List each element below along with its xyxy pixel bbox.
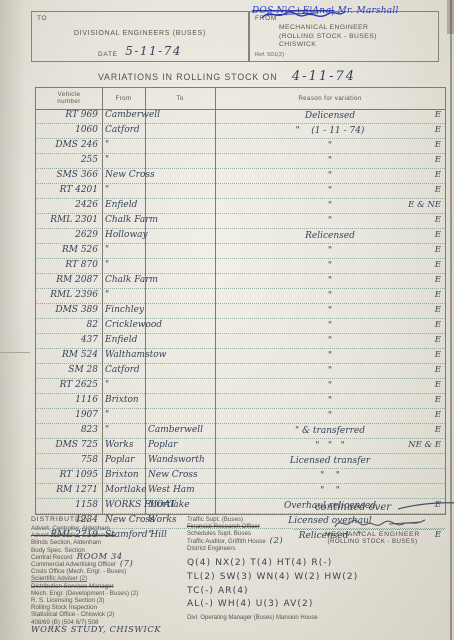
reason-text: " [328,186,332,196]
distribution-item-text: WORKS STUDY, CHISWICK [31,624,161,634]
distribution-item: Mech. Engr. (Development - Buses) (2) [31,590,185,597]
reason-cell: " E [215,304,445,318]
reason-text: " [328,306,332,316]
to-garage [145,214,215,228]
from-garage: Chalk Farm [102,214,145,228]
licence-flag: E [435,349,441,362]
table-row: 823 " Camberwell " & transferred E [36,424,445,439]
from-garage: " [102,139,145,153]
column-header-vehicle-line2: number [36,99,102,106]
from-garage: WORKS FLOAT [102,499,145,513]
vehicle-number: RM 524 [36,349,102,363]
distribution-item: Scientific Adviser (2) [31,575,185,582]
reason-cell: " " " NE & E [215,439,445,453]
reason-cell: Licensed transfer [215,454,445,468]
from-garage: Works [102,439,145,453]
to-garage [145,379,215,393]
from-garage: Brixton [102,394,145,408]
distribution-item: Rolling Stock Inspection [31,604,185,611]
handwritten-routing-note: DOS N|C+E|Ang|Mr. Marshall [252,0,454,18]
garage-code-line: AL(-) WH(4) U(3) AV(2) [187,598,362,612]
reason-text: Relicensed [305,231,355,241]
column-header-vehicle: Vehicle number [36,92,102,105]
table-row: 437 Enfield " E [36,334,445,349]
distribution-item-text: Statistical Office - Chiswick (2) [31,611,114,618]
reason-cell: " E [215,259,445,273]
vehicle-number: 2426 [36,199,102,213]
licence-flag: E [435,424,441,437]
date-line: DATE 5-11-74 [32,45,248,59]
distribution-item: Statistical Office - Chiswick (2) [31,611,185,618]
from-garage: Holloway [102,229,145,243]
distribution-item-text: Scientific Adviser (2) [31,575,87,582]
from-garage: " [102,424,145,438]
vehicle-number: 82 [36,319,102,333]
reason-cell: " E [215,274,445,288]
to-garage [145,334,215,348]
vehicle-number: DMS 246 [36,139,102,153]
to-garage [145,304,215,318]
to-garage [145,184,215,198]
reason-cell: Relicensed E [215,229,445,243]
vehicle-number: 823 [36,424,102,438]
vehicle-number: SMS 366 [36,169,102,183]
reason-cell: " E [215,349,445,363]
licence-flag: E [435,229,441,242]
from-garage: " [102,154,145,168]
table-row: 82 Cricklewood " E [36,319,445,334]
from-garage: " [102,409,145,423]
reason-cell: " E [215,409,445,423]
from-garage: New Cross [102,169,145,183]
table-row: RML 2301 Chalk Farm " E [36,214,445,229]
to-garage [145,244,215,258]
to-garage [145,124,215,138]
licence-flag: E [435,244,441,257]
licence-flag: E [435,109,441,122]
table-row: DMS 725 Works Poplar " " " NE & E [36,439,445,454]
to-garage [145,364,215,378]
table-row: DMS 389 Finchley " E [36,304,445,319]
vehicle-number: RML 2719 [36,529,102,543]
vehicle-number: RT 969 [36,109,102,123]
from-garage: " [102,259,145,273]
vehicle-number: RT 2625 [36,379,102,393]
signature-scribble-icon [331,514,427,532]
reason-cell: " E [215,334,445,348]
reason-cell: " (1 - 11 - 74) E [215,124,445,138]
licence-flag: E [435,304,441,317]
vehicle-number: 1907 [36,409,102,423]
licence-flag: E [435,259,441,272]
vehicle-number: 437 [36,334,102,348]
vehicle-number: RT 1095 [36,469,102,483]
table-row: 2426 Enfield " E & NE [36,199,445,214]
reason-cell: " E [215,184,445,198]
reason-text: " (1 - 11 - 74) [296,126,365,136]
licence-flag: E [435,334,441,347]
table-row: RT 1095 Brixton New Cross " " [36,469,445,484]
reason-cell: " E [215,394,445,408]
arrow-swoosh-icon [397,500,454,512]
reason-cell: " E [215,319,445,333]
vehicle-number: 1234 [36,514,102,528]
reason-text: " [328,156,332,166]
licence-flag: E [435,214,441,227]
document-title: VARIATIONS IN ROLLING STOCK ON 4-11-74 [0,67,454,85]
date-value-handwritten: 5-11-74 [125,44,182,58]
to-garage: Wandsworth [145,454,215,468]
reason-text: " [328,261,332,271]
from-garage: " [102,184,145,198]
to-garage: Poplar [145,439,215,453]
scan-scratch-mark [0,352,30,353]
reason-text: " " [320,471,340,481]
to-garage [145,274,215,288]
reason-text: Licensed transfer [290,456,370,466]
vehicle-number: RM 1271 [36,484,102,498]
table-row: RT 870 " " E [36,259,445,274]
to-garage [145,409,215,423]
garage-code-line: TC(-) AR(4) [187,585,362,599]
continued-over-note: continued over [315,497,454,515]
scan-edge-artifact [450,0,452,640]
reason-text: " " [320,486,340,496]
from-garage: " [102,244,145,258]
vehicle-number: 758 [36,454,102,468]
vehicle-number: DMS 725 [36,439,102,453]
to-garage [145,394,215,408]
vehicle-number: 1116 [36,394,102,408]
scanned-document: TO DIVISIONAL ENGINEERS (BUSES) DATE 5-1… [0,0,454,640]
table-row: SM 28 Catford " E [36,364,445,379]
vehicle-number: DMS 389 [36,304,102,318]
to-garage [145,169,215,183]
vehicle-number: RM 2087 [36,274,102,288]
reason-text: " [328,291,332,301]
garage-code-line: TL(2) SW(3) WN(4) W(2) HW(2) [187,571,362,585]
from-garage: " [102,379,145,393]
blue-scribble-icon [260,7,346,23]
licence-flag: E [435,184,441,197]
divl-operating-manager-line: Divl. Operating Manager (Buses) Mansion … [187,615,362,621]
distribution-item-text: Distribution Services Manager [31,583,114,590]
licence-flag: E [435,379,441,392]
column-header-to: To [145,95,215,102]
to-garage [145,154,215,168]
garage-code-line: Q(4) NX(2) T(4) HT(4) R(-) [187,557,362,571]
table-row: 1060 Catford " (1 - 11 - 74) E [36,124,445,139]
from-garage: Chalk Farm [102,274,145,288]
from-garage: Catford [102,124,145,138]
distribution-item-text: Mech. Engr. (Development - Buses) (2) [31,590,138,597]
reason-cell: " " [215,484,445,498]
distribution-item-text: Commercial Advertising Officer [31,561,116,568]
licence-flag: NE & E [408,439,441,452]
from-garage: Brixton [102,469,145,483]
table-header: Vehicle number From To Reason for variat… [36,88,445,110]
from-garage: Stamford Hill [102,529,145,543]
reason-cell: " E [215,364,445,378]
reason-text: " [328,336,332,346]
traffic-item: District Engineers [187,545,362,552]
distribution-item: Distribution Services Manager [31,583,185,590]
from-garage: Mortlake [102,484,145,498]
rolling-stock-table: Vehicle number From To Reason for variat… [35,87,446,515]
from-garage: New Cross [102,514,145,528]
licence-flag: E [435,154,441,167]
from-garage: Enfield [102,199,145,213]
to-box: TO DIVISIONAL ENGINEERS (BUSES) DATE 5-1… [31,11,249,62]
to-value: DIVISIONAL ENGINEERS (BUSES) [32,30,248,37]
licence-flag: E [435,319,441,332]
table-row: 255 " " E [36,154,445,169]
to-garage [145,139,215,153]
licence-flag: E [435,394,441,407]
column-header-from: From [102,95,145,102]
licence-flag: E [435,289,441,302]
from-address: MECHANICAL ENGINEER (ROLLING STOCK - BUS… [279,24,377,50]
to-garage: Mortlake [145,499,215,513]
reason-text: " [328,396,332,406]
column-header-reason: Reason for variation [215,95,445,102]
to-garage [145,289,215,303]
reason-text: " " " [315,441,345,451]
table-body: RT 969 Camberwell Delicensed E 1060 Catf… [36,109,445,514]
table-row: 1907 " " E [36,409,445,424]
to-garage [145,229,215,243]
to-garage [145,109,215,123]
from-garage: Walthamstow [102,349,145,363]
vehicle-number: RM 526 [36,244,102,258]
vehicle-number: SM 28 [36,364,102,378]
licence-flag: E [435,169,441,182]
reason-text: " [328,141,332,151]
vehicle-number: RML 2301 [36,214,102,228]
reason-text: " [328,216,332,226]
to-garage [145,199,215,213]
licence-flag: E [435,529,441,542]
reason-cell: " E [215,214,445,228]
vehicle-number: 2629 [36,229,102,243]
reason-text: " [328,321,332,331]
distribution-item: Central RecordROOM 34 [31,554,185,561]
ref-number: Ref. 501(2) [255,52,284,58]
reason-text: " [328,246,332,256]
from-garage: Catford [102,364,145,378]
vehicle-number: RT 4201 [36,184,102,198]
to-garage: West Ham [145,484,215,498]
reason-text: Delicensed [305,111,355,121]
distribution-item: R. S. Licensing Section (3) [31,597,185,604]
routing-note-name: Mr. Marshall [337,6,398,16]
reason-cell: " " [215,469,445,483]
vehicle-number: 1060 [36,124,102,138]
to-label: TO [37,15,47,22]
table-row: 1116 Brixton " E [36,394,445,409]
from-garage: Cricklewood [102,319,145,333]
table-row: RM 526 " " E [36,244,445,259]
reason-text: " [328,276,332,286]
table-row: RM 524 Walthamstow " E [36,349,445,364]
distribution-item-text: Central Record [31,554,73,561]
reason-text: " [328,351,332,361]
from-garage: Camberwell [102,109,145,123]
licence-flag: E [435,409,441,422]
to-garage: New Cross [145,469,215,483]
from-garage: Finchley [102,304,145,318]
licence-flag: E [435,124,441,137]
distribution-item: WORKS STUDY, CHISWICK [31,626,185,634]
from-garage: " [102,289,145,303]
continued-over-text: continued over [315,502,391,513]
table-row: SMS 366 New Cross " E [36,169,445,184]
table-row: DMS 246 " " E [36,139,445,154]
distribution-item: Costs Office (Mech. Engr. - Buses) [31,568,185,575]
to-garage [145,319,215,333]
reason-text: " [328,201,332,211]
distribution-item: Commercial Advertising Officer(7) [31,561,185,568]
title-printed: VARIATIONS IN ROLLING STOCK ON [98,72,278,82]
reason-cell: " E [215,244,445,258]
reason-text: " [328,171,332,181]
distribution-item-text: Rolling Stock Inspection [31,604,97,611]
licence-flag: E [435,139,441,152]
reason-text: " [328,381,332,391]
table-row: RT 969 Camberwell Delicensed E [36,109,445,124]
scan-edge-artifact [0,0,26,640]
from-address-line: (ROLLING STOCK - BUSES) [279,33,377,42]
vehicle-number: RML 2396 [36,289,102,303]
table-row: RT 2625 " " E [36,379,445,394]
table-row: RT 4201 " " E [36,184,445,199]
vehicle-number: 255 [36,154,102,168]
licence-flag: E [435,274,441,287]
date-label: DATE [98,51,118,58]
traffic-item-text: District Engineers [187,545,236,552]
to-garage [145,259,215,273]
table-row: RML 2396 " " E [36,289,445,304]
distribution-item-text: R. S. Licensing Section (3) [31,597,104,604]
licence-flag: E [435,364,441,377]
reason-cell: " E [215,289,445,303]
from-garage: Enfield [102,334,145,348]
title-date-handwritten: 4-11-74 [292,69,356,84]
from-garage: Poplar [102,454,145,468]
reason-cell: " & transferred E [215,424,445,438]
to-garage: " [145,529,215,543]
reason-cell: " E [215,139,445,153]
reason-cell: " E & NE [215,199,445,213]
reason-text: " [328,366,332,376]
to-garage [145,349,215,363]
reason-text: " & transferred [295,426,365,436]
reason-cell: " E [215,169,445,183]
to-garage: Camberwell [145,424,215,438]
reason-cell: " E [215,154,445,168]
licence-flag: E & NE [408,199,441,212]
garage-codes: Q(4) NX(2) T(4) HT(4) R(-) TL(2) SW(3) W… [187,557,362,612]
table-row: RM 2087 Chalk Farm " E [36,274,445,289]
distribution-item-text: Costs Office (Mech. Engr. - Buses) [31,568,126,575]
vehicle-number: RT 870 [36,259,102,273]
reason-text: Relicensed " [299,531,361,541]
to-garage: Works [145,514,215,528]
reason-text: " [328,411,332,421]
table-row: 758 Poplar Wandsworth Licensed transfer [36,454,445,469]
reason-cell: " E [215,379,445,393]
table-row: 2629 Holloway Relicensed E [36,229,445,244]
from-address-line: MECHANICAL ENGINEER [279,24,377,33]
vehicle-number: 1158 [36,499,102,513]
reason-cell: Delicensed E [215,109,445,123]
from-address-line: CHISWICK [279,41,377,50]
